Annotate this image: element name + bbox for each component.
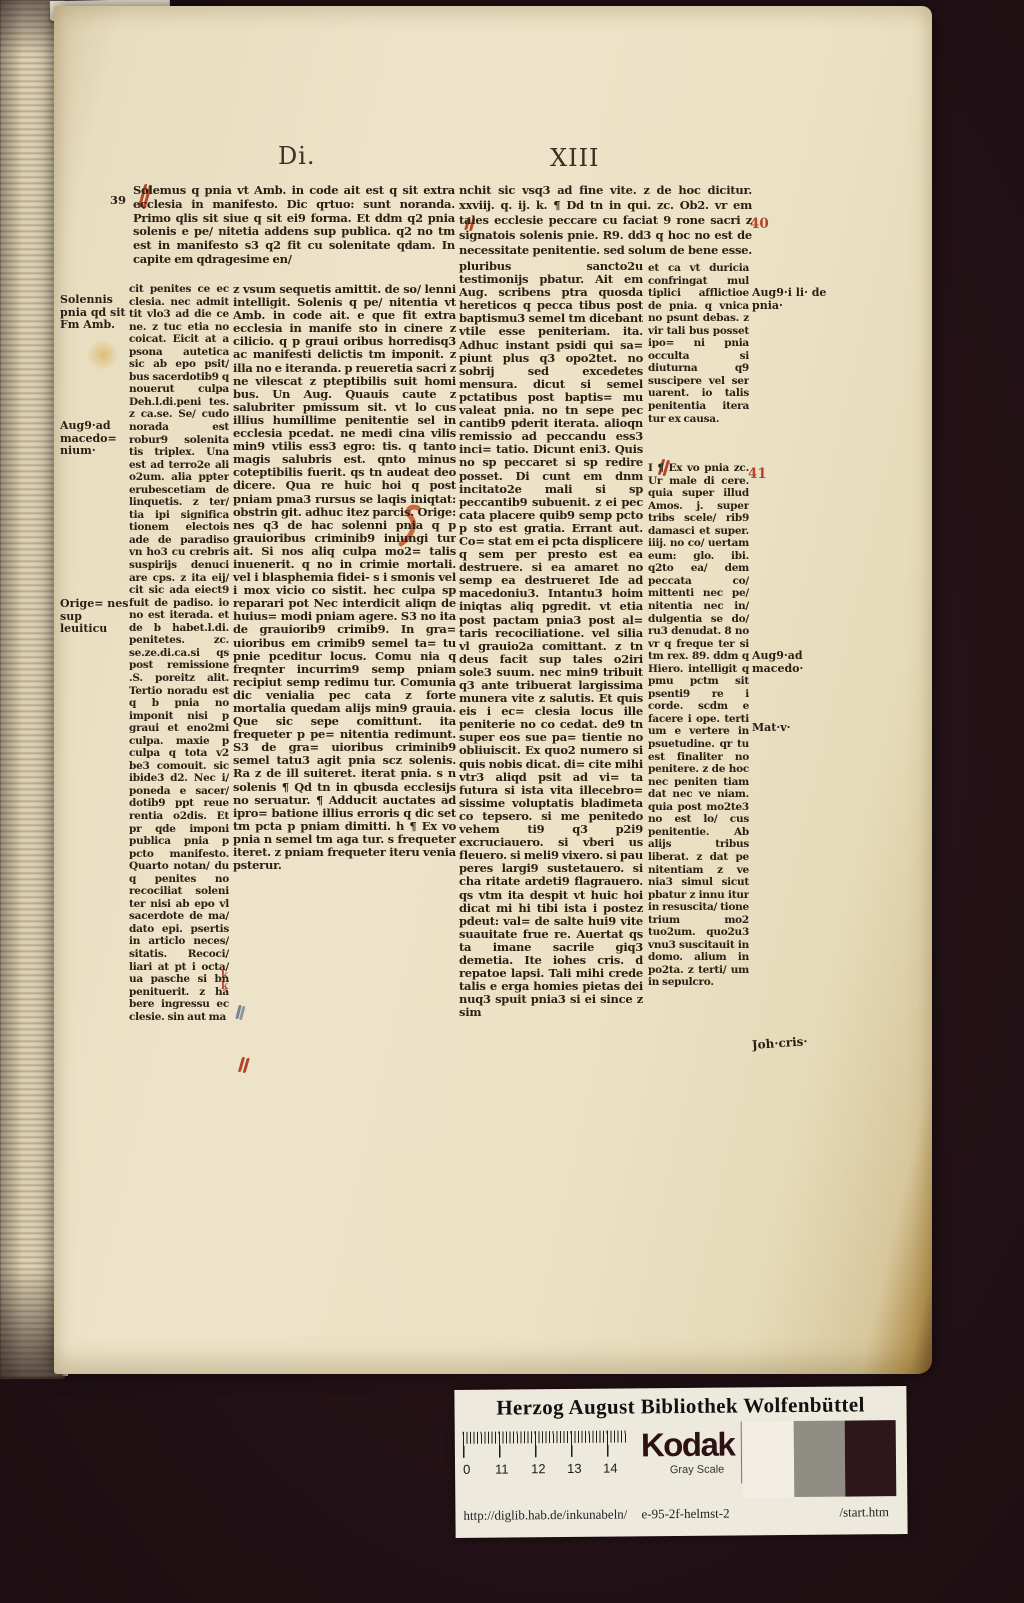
ruler-number: 0	[463, 1462, 470, 1477]
kodak-brand-text: Kodak	[641, 1426, 735, 1465]
margin-note-aug-de-penitentia: Aug9·i li· de pnia·	[752, 287, 840, 315]
right-outer-subcolumn-text-upper: et ca vt duricia confringat mul tiplici …	[648, 262, 749, 460]
cm-ruler	[463, 1430, 627, 1457]
running-header-left: Di.	[278, 142, 316, 170]
scanned-book-photo: Di. XIII 39 40 41 k k Solemus q pnia vt …	[0, 0, 1024, 1603]
ruler-number: 14	[603, 1461, 618, 1476]
right-main-subcolumn-text: pluribus sancto2u testimonijs pbatur. Ai…	[459, 260, 643, 1100]
margin-note-aug-ad-macedo: Aug9·ad macedo·	[752, 650, 840, 678]
section-number-40: 40	[750, 216, 769, 232]
library-name: Herzog August Bibliothek Wolfenbüttel	[454, 1392, 906, 1421]
library-label: Herzog August Bibliothek Wolfenbüttel 0 …	[454, 1386, 907, 1538]
left-inner-subcolumn-text: cit penites ce ec clesia. nec admit tit …	[129, 283, 229, 1093]
left-column-intro-text: Solemus q pnia vt Amb. in code ait est q…	[133, 184, 455, 282]
gray-scale-patch-dark	[845, 1420, 897, 1496]
right-outer-subcolumn-text-lower: I ¶ Ex vo pnia zc. Ur male di cere. quia…	[648, 462, 749, 1054]
shelfmark: e-95-2f-helmst-2	[641, 1506, 729, 1523]
running-header-folio: XIII	[550, 144, 600, 172]
section-number-41: 41	[748, 466, 767, 482]
page-stain	[86, 340, 120, 370]
gray-scale-patch-light	[743, 1421, 795, 1497]
margin-note-solennis: Solennis pnia qd sit Fm Amb.	[60, 294, 130, 334]
start-page-path: /start.htm	[839, 1504, 889, 1520]
section-number-39: 39	[110, 193, 126, 207]
gray-scale-patch-mid	[794, 1421, 846, 1497]
margin-note-origenes: Orige= nes sup leuiticu	[60, 598, 130, 638]
right-column-intro-text: nchit sic vsq3 ad fine vite. z de hoc di…	[459, 183, 752, 260]
ruler-number: 11	[495, 1462, 509, 1477]
digitization-url: http://diglib.hab.de/inkunabeln/	[463, 1506, 627, 1523]
margin-note-matthew: Mat·v·	[752, 722, 840, 737]
gray-scale-text: Gray Scale	[651, 1463, 743, 1476]
ruler-number: 13	[567, 1461, 582, 1476]
margin-note-aug-ad-macedonium: Aug9·ad macedo= nium·	[60, 420, 130, 460]
left-main-subcolumn-text: z vsum sequetis amittit. de so/ lenni in…	[233, 283, 456, 1097]
ruler-number: 12	[531, 1461, 546, 1476]
